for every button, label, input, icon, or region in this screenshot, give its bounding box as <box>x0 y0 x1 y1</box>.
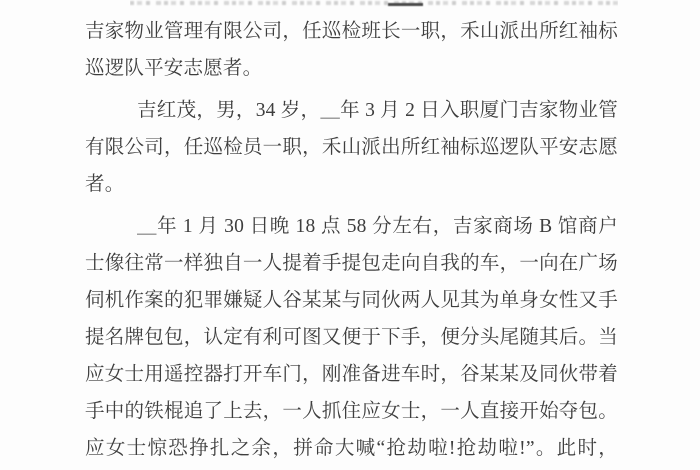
text-line: 吉红茂，男，34 岁，＿年 3 月 2 日入职厦门吉家物业管理 <box>85 92 618 129</box>
clipped-text-line <box>130 0 618 7</box>
blank-underline <box>388 3 423 6</box>
text-line: 伺机作案的犯罪嫌疑人谷某某与同伙两人见其为单身女性又手 <box>85 282 618 319</box>
text-line: 手中的铁棍追了上去，一人抓住应女士，一人直接开始夺包。 <box>85 393 618 430</box>
clipped-text-fragments <box>130 1 618 5</box>
text-line: 应女士用遥控器打开车门，刚准备进车时，谷某某及同伙带着 <box>85 356 618 393</box>
paragraph: ＿年 1 月 30 日晚 18 点 58 分左右，吉家商场 B 馆商户应女士像往… <box>85 208 618 467</box>
paragraph: 吉红茂，男，34 岁，＿年 3 月 2 日入职厦门吉家物业管理有限公司，任巡检员… <box>85 92 618 203</box>
text-line: 巡逻队平安志愿者。 <box>85 50 618 87</box>
text-line: 者。 <box>85 166 618 203</box>
document-body: 吉家物业管理有限公司，任巡检班长一职，禾山派出所红袖标巡逻队平安志愿者。吉红茂，… <box>85 13 618 467</box>
text-line: 吉家物业管理有限公司，任巡检班长一职，禾山派出所红袖标 <box>85 13 618 50</box>
text-line: ＿年 1 月 30 日晚 18 点 58 分左右，吉家商场 B 馆商户应女 <box>85 208 618 245</box>
text-line: 应女士惊恐挣扎之余，拼命大喊“抢劫啦!抢劫啦!”。此时， <box>85 430 618 467</box>
text-line: 士像往常一样独自一人提着手提包走向自我的车，一向在广场 <box>85 245 618 282</box>
paragraph: 吉家物业管理有限公司，任巡检班长一职，禾山派出所红袖标巡逻队平安志愿者。 <box>85 13 618 87</box>
document-page: 吉家物业管理有限公司，任巡检班长一职，禾山派出所红袖标巡逻队平安志愿者。吉红茂，… <box>0 0 700 470</box>
text-line: 有限公司，任巡检员一职，禾山派出所红袖标巡逻队平安志愿 <box>85 129 618 166</box>
text-line: 提名牌包包，认定有利可图又便于下手，便分头尾随其后。当 <box>85 319 618 356</box>
